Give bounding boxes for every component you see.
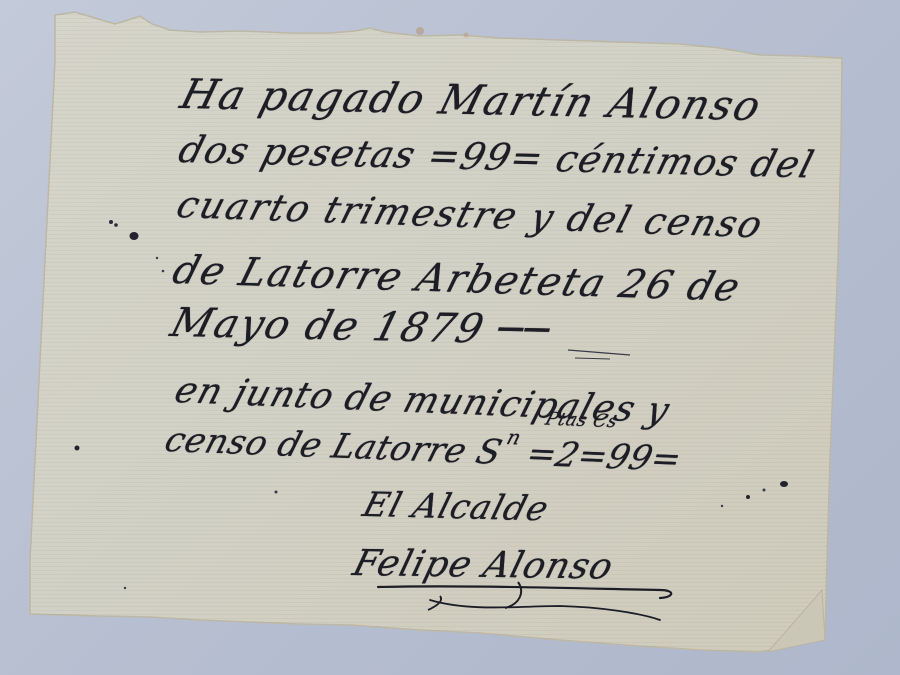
amount-units-superscript: Ptas Cs bbox=[543, 409, 621, 433]
amount-figure: =2=99= bbox=[522, 434, 687, 479]
signature-title: El Alcalde bbox=[359, 485, 554, 529]
text-line-5-date: Mayo de 1879 ── bbox=[166, 300, 557, 354]
amount-symbol: S bbox=[471, 432, 506, 473]
signature-name: Felipe Alonso bbox=[349, 543, 618, 587]
amount-value: Ptas Cs =2=99= bbox=[522, 434, 687, 479]
document-photo: Ha pagado Martín Alonso dos pesetas =99=… bbox=[0, 0, 900, 675]
